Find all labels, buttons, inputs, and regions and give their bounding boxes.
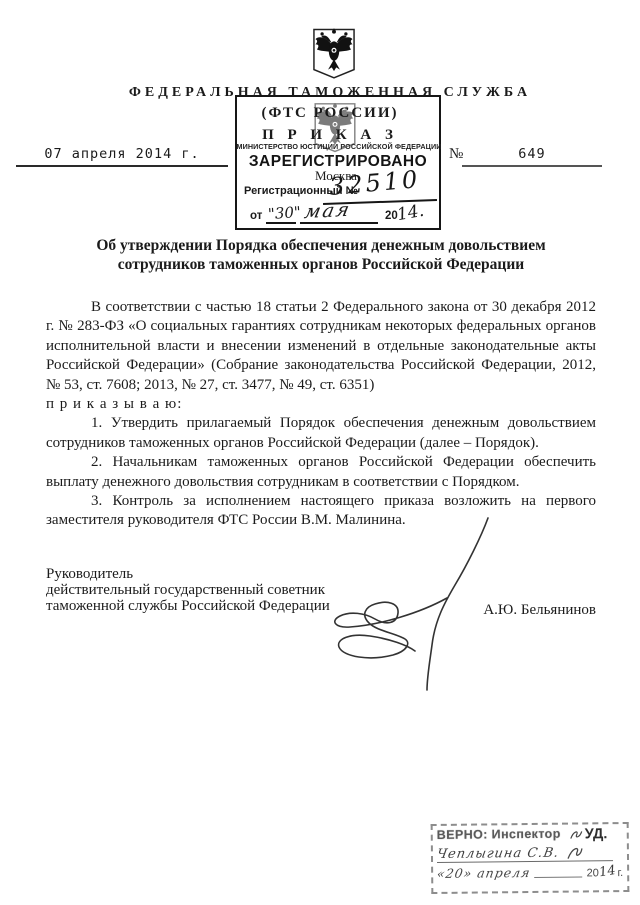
scanned-order-document: ФЕДЕРАЛЬНАЯ ТАМОЖЕННАЯ СЛУЖБА (ФТС РОССИ… xyxy=(0,0,640,905)
verification-stamp: ВЕРНО: Инспектор УД. Чеплыгина С.В. «20»… xyxy=(431,822,630,894)
double-headed-eagle-emblem-icon xyxy=(307,28,361,80)
signer-position-line2: действительный государственный советник xyxy=(46,582,330,598)
stamp-date-from-label: от xyxy=(250,210,262,222)
stamp-date-day-handwritten: "30" xyxy=(267,203,301,223)
department-abbrev: УД. xyxy=(585,826,608,842)
decree-word: п р и к а з ы в а ю: xyxy=(46,395,596,414)
stamp-date-day-underline xyxy=(266,222,296,224)
document-title-line2: сотрудников таможенных органов Российско… xyxy=(45,255,597,274)
stamp-date-year-handwritten: 14. xyxy=(395,201,425,225)
verification-year-printed: 20 xyxy=(587,867,599,879)
certified-label: ВЕРНО: Инспектор xyxy=(437,827,561,842)
body-item-1: 1. Утвердить прилагаемый Порядок обеспеч… xyxy=(46,414,596,453)
handwritten-signature xyxy=(295,455,525,705)
date-fill-line xyxy=(534,866,582,878)
signer-position-line1: Руководитель xyxy=(46,566,330,582)
body-paragraph-preamble: В соответствии с частью 18 статьи 2 Феде… xyxy=(46,298,596,395)
registration-stamp: МИНИСТЕРСТВО ЮСТИЦИИ РОССИЙСКОЙ ФЕДЕРАЦИ… xyxy=(235,95,441,230)
verification-handwritten-date: «20» апреля xyxy=(436,865,532,881)
verification-year-suffix: г. xyxy=(617,867,623,879)
order-number: 649 xyxy=(462,146,602,167)
signer-position-line3: таможенной службы Российской Федерации xyxy=(46,598,330,614)
signer-position: Руководитель действительный государствен… xyxy=(46,566,330,614)
inspector-handwritten-name: Чеплыгина С.В. xyxy=(436,846,561,862)
document-title: Об утверждении Порядка обеспечения денеж… xyxy=(45,236,597,274)
stamp-date-month-underline xyxy=(300,222,378,224)
stamp-date-month-handwritten: мая xyxy=(303,199,354,223)
document-title-line1: Об утверждении Порядка обеспечения денеж… xyxy=(45,236,597,255)
ministry-name: МИНИСТЕРСТВО ЮСТИЦИИ РОССИЙСКОЙ ФЕДЕРАЦИ… xyxy=(233,142,445,151)
order-date: 07 апреля 2014 г. xyxy=(16,146,228,167)
inspector-paraph-icon xyxy=(565,844,583,860)
paraph-squiggle-icon xyxy=(569,828,583,840)
verification-year-handwritten: 14 xyxy=(598,863,617,880)
